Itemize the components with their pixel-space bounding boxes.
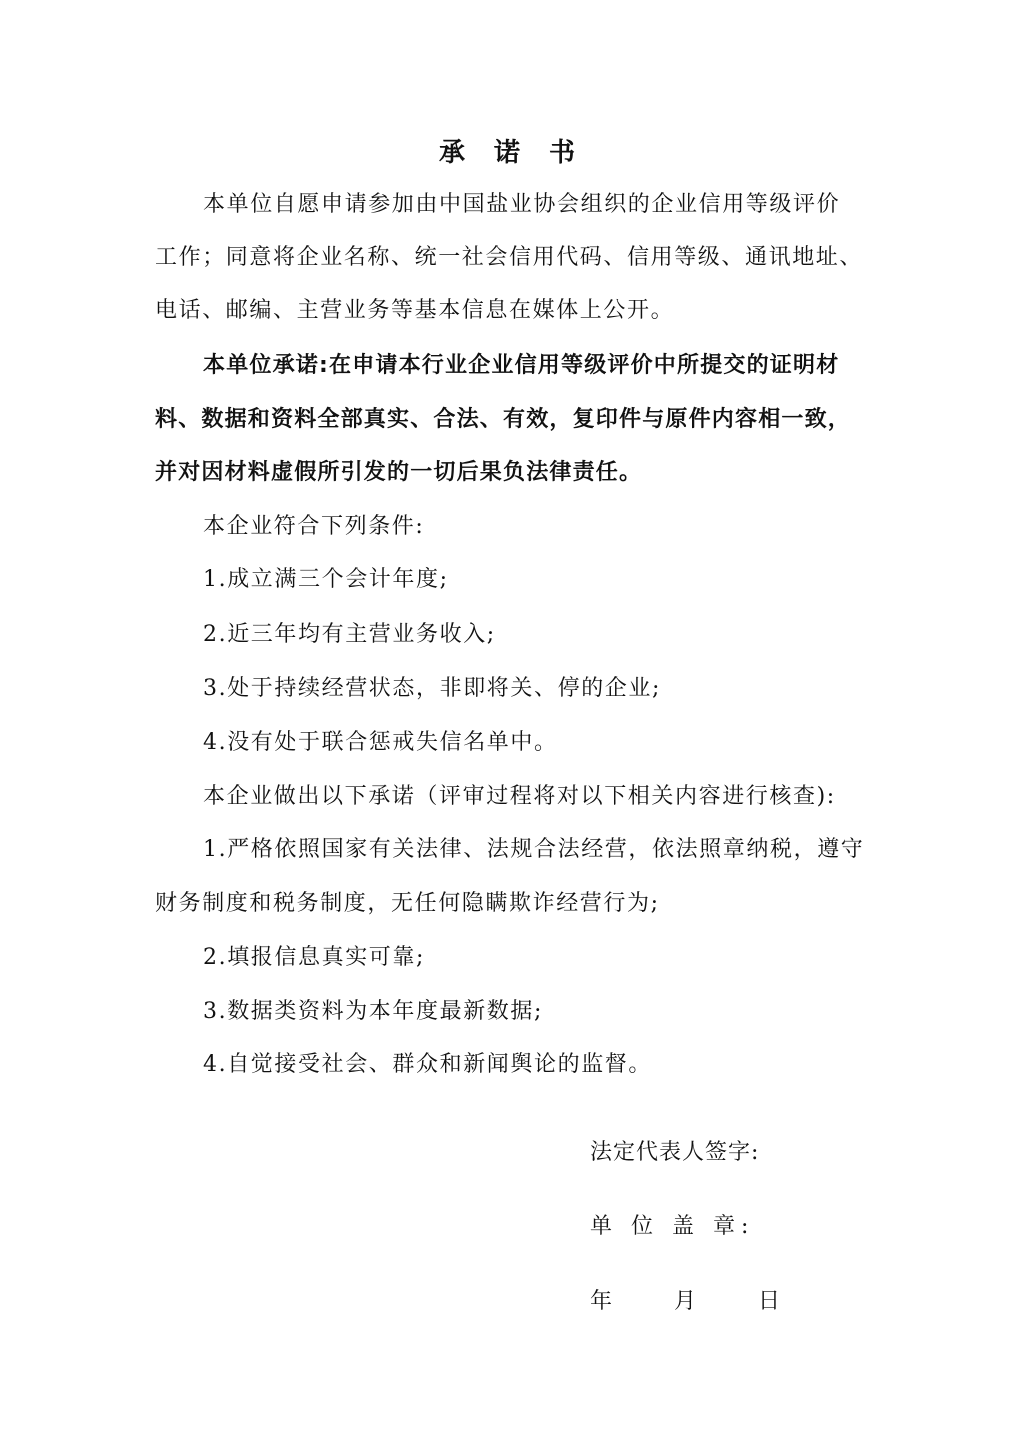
condition-item-1: 1.成立满三个会计年度;: [203, 565, 919, 595]
conditions-heading: 本企业符合下列条件:: [203, 512, 919, 542]
intro-line-3: 电话、邮编、主营业务等基本信息在媒体上公开。: [155, 296, 871, 326]
pledge-line-1: 本单位承诺:在申请本行业企业信用等级评价中所提交的证明材: [203, 351, 919, 381]
condition-item-3: 3.处于持续经营状态，非即将关、停的企业;: [203, 674, 919, 704]
date-label: 年 月 日: [590, 1287, 786, 1317]
condition-item-4: 4.没有处于联合惩戒失信名单中。: [203, 728, 919, 758]
document-title: 承 诺 书: [0, 132, 1024, 169]
commitment-item-2: 2.填报信息真实可靠;: [203, 943, 919, 973]
document-page: 承 诺 书 本单位自愿申请参加由中国盐业协会组织的企业信用等级评价 工作；同意将…: [0, 0, 1024, 1448]
commitment-item-3: 3.数据类资料为本年度最新数据;: [203, 997, 919, 1027]
pledge-line-2: 料、数据和资料全部真实、合法、有效，复印件与原件内容相一致，: [155, 405, 871, 435]
commitment-item-4: 4.自觉接受社会、群众和新闻舆论的监督。: [203, 1050, 919, 1080]
commitment-item-1: 1.严格依照国家有关法律、法规合法经营，依法照章纳税，遵守: [203, 835, 919, 865]
pledge-line-3: 并对因材料虚假所引发的一切后果负法律责任。: [155, 458, 871, 488]
seal-label: 单 位 盖 章:: [590, 1212, 754, 1242]
commitments-heading: 本企业做出以下承诺（评审过程将对以下相关内容进行核查):: [203, 782, 919, 812]
intro-line-2: 工作；同意将企业名称、统一社会信用代码、信用等级、通讯地址、: [155, 243, 871, 273]
commitment-item-1-cont: 财务制度和税务制度，无任何隐瞒欺诈经营行为;: [155, 889, 871, 919]
condition-item-2: 2.近三年均有主营业务收入;: [203, 620, 919, 650]
legal-rep-signature-label: 法定代表人签字:: [590, 1138, 759, 1168]
intro-line-1: 本单位自愿申请参加由中国盐业协会组织的企业信用等级评价: [203, 190, 919, 220]
